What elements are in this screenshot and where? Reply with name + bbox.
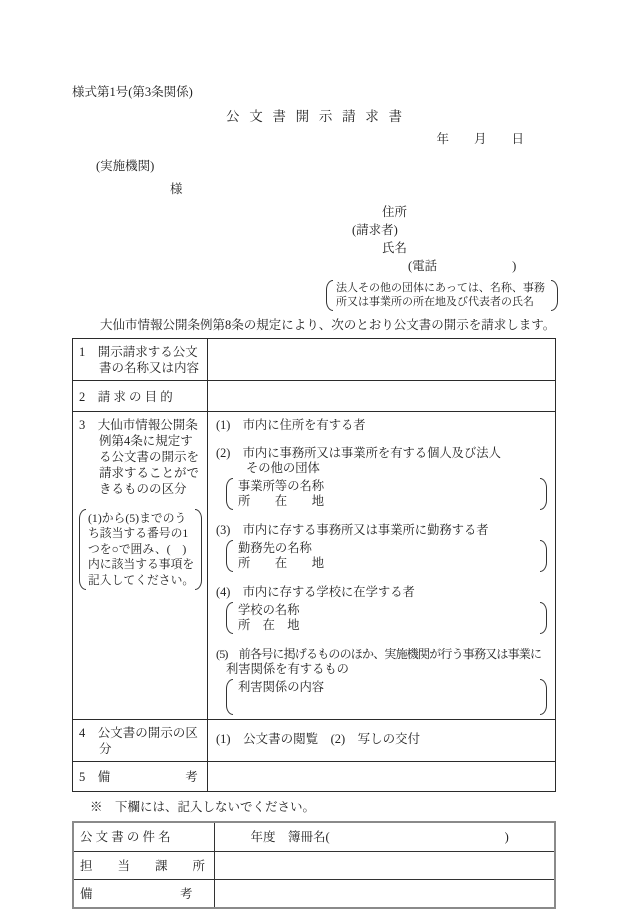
table-row: 4 公文書の開示の区分 (1) 公文書の閲覧 (2) 写しの交付 <box>73 719 556 761</box>
corporate-note-line1: 法人その他の団体にあっては、名称、事務 <box>336 281 548 296</box>
bracket-field-label: 所 在 地 <box>238 618 540 633</box>
lower-row3-value <box>214 879 554 907</box>
table-row: 公 文 書 の 件 名 年度 簿冊名( ) <box>74 823 554 851</box>
row5-label: 5 備 考 <box>73 761 208 791</box>
row4-value: (1) 公文書の閲覧 (2) 写しの交付 <box>208 719 556 761</box>
requester-label: (請求者) <box>352 221 556 239</box>
bracket-field-label: 所 在 地 <box>238 556 540 571</box>
bracket-right <box>540 602 547 634</box>
agency-label: (実施機関) <box>72 158 556 174</box>
category-item-2: (2) 市内に事務所又は事業所を有する個人及び法人 その他の団体 事業所等の名称… <box>216 446 549 510</box>
row1-value-cell <box>208 338 556 380</box>
requester-block: 住所 (請求者) 氏名 (電話 ) <box>352 203 556 275</box>
category-item-3: (3) 市内に存する事務所又は事業所に勤務する者 勤務先の名称 所 在 地 <box>216 523 549 572</box>
lower-row3-label: 備 考 <box>74 879 214 907</box>
bracket-right <box>540 540 547 572</box>
bracket-left <box>226 478 233 510</box>
bracket-field-label: 利害関係の内容 <box>238 680 540 697</box>
address-label: 住所 <box>352 203 556 221</box>
corporate-note: 法人その他の団体にあっては、名称、事務 所又は事業所の所在地及び代表者の氏名 <box>326 280 558 311</box>
category-items: (1) 市内に住所を有する者 (2) 市内に事務所又は事業所を有する個人及び法人… <box>216 416 549 715</box>
table-row: 3 大仙市情報公開条例第4条に規定する公文書の開示を請求することができるものの区… <box>73 411 556 719</box>
date-line: 年 月 日 <box>72 131 556 147</box>
bracket-left <box>79 509 86 591</box>
bracket-right <box>540 679 547 715</box>
table-row: 備 考 <box>74 879 554 907</box>
bracket-field-label: 学校の名称 <box>238 603 540 618</box>
fill-in-bracket: 勤務先の名称 所 在 地 <box>226 540 547 572</box>
office-use-table: 公 文 書 の 件 名 年度 簿冊名( ) 担 当 課 所 備 考 <box>72 821 556 909</box>
bracket-left <box>226 602 233 634</box>
table-row: 2 請 求 の 目 的 <box>73 380 556 411</box>
category-item-5: (5) 前各号に掲げるもののほか、実施機関が行う事務又は事業に 利害関係を有する… <box>216 647 549 715</box>
do-not-fill-note: ※ 下欄には、記入しないでください。 <box>72 799 556 815</box>
bracket-right <box>195 509 202 591</box>
intro-sentence: 大仙市情報公開条例第8条の規定により、次のとおり公文書の開示を請求します。 <box>72 317 556 333</box>
table-row: 担 当 課 所 <box>74 851 554 879</box>
row4-label: 4 公文書の開示の区分 <box>79 725 205 757</box>
bracket-left <box>226 540 233 572</box>
fill-in-bracket: 事業所等の名称 所 在 地 <box>226 478 547 510</box>
name-label: 氏名 <box>352 239 556 257</box>
corporate-note-line2: 所又は事業所の所在地及び代表者の氏名 <box>336 295 548 310</box>
bracket-left <box>326 280 333 311</box>
document-page: 様式第1号(第3条関係) 公文書開示請求書 年 月 日 (実施機関) 様 住所 … <box>0 0 630 915</box>
bracket-field-label: 勤務先の名称 <box>238 541 540 556</box>
item-text: その他の団体 <box>216 461 549 476</box>
row1-label: 1 開示請求する公文書の名称又は内容 <box>79 344 205 376</box>
bracket-left <box>226 679 233 715</box>
bracket-field-label: 所 在 地 <box>238 494 540 509</box>
honorific-sama: 様 <box>72 181 556 197</box>
table-row: 1 開示請求する公文書の名称又は内容 <box>73 338 556 380</box>
row3-label: 3 大仙市情報公開条例第4条に規定する公文書の開示を請求することができるものの区… <box>79 417 205 497</box>
lower-row2-value <box>214 851 554 879</box>
item-text: (2) 市内に事務所又は事業所を有する個人及び法人 <box>216 446 549 461</box>
document-title: 公文書開示請求書 <box>72 108 556 126</box>
request-table: 1 開示請求する公文書の名称又は内容 2 請 求 の 目 的 3 大仙市情報公開… <box>72 338 556 792</box>
category-item-1: (1) 市内に住所を有する者 <box>216 418 549 433</box>
bracket-field-label: 事業所等の名称 <box>238 479 540 494</box>
item-text: (5) 前各号に掲げるもののほか、実施機関が行う事務又は事業に <box>216 647 549 662</box>
category-item-4: (4) 市内に存する学校に在学する者 学校の名称 所 在 地 <box>216 585 549 634</box>
row2-value-cell <box>208 380 556 411</box>
lower-row1-label: 公 文 書 の 件 名 <box>74 823 214 851</box>
lower-row2-label: 担 当 課 所 <box>74 851 214 879</box>
fill-in-bracket: 学校の名称 所 在 地 <box>226 602 547 634</box>
item-text: 利害関係を有するもの <box>216 662 549 677</box>
row2-label: 2 請 求 の 目 的 <box>73 380 208 411</box>
instruction-text: (1)から(5)までのうち該当する番号の1つを○で囲み、( )内に該当する事項を… <box>86 509 195 591</box>
phone-label: (電話 ) <box>352 257 556 275</box>
bracket-right <box>540 478 547 510</box>
item-text: (1) 市内に住所を有する者 <box>216 418 549 433</box>
row5-value-cell <box>208 761 556 791</box>
bracket-field-label <box>238 697 540 714</box>
item-text: (3) 市内に存する事務所又は事業所に勤務する者 <box>216 523 549 538</box>
item-text: (4) 市内に存する学校に在学する者 <box>216 585 549 600</box>
fill-in-bracket: 利害関係の内容 <box>226 679 547 715</box>
lower-row1-value: 年度 簿冊名( ) <box>214 823 554 851</box>
row3-instruction-note: (1)から(5)までのうち該当する番号の1つを○で囲み、( )内に該当する事項を… <box>79 509 202 591</box>
bracket-right <box>551 280 558 311</box>
form-number: 様式第1号(第3条関係) <box>72 84 556 100</box>
table-row: 5 備 考 <box>73 761 556 791</box>
